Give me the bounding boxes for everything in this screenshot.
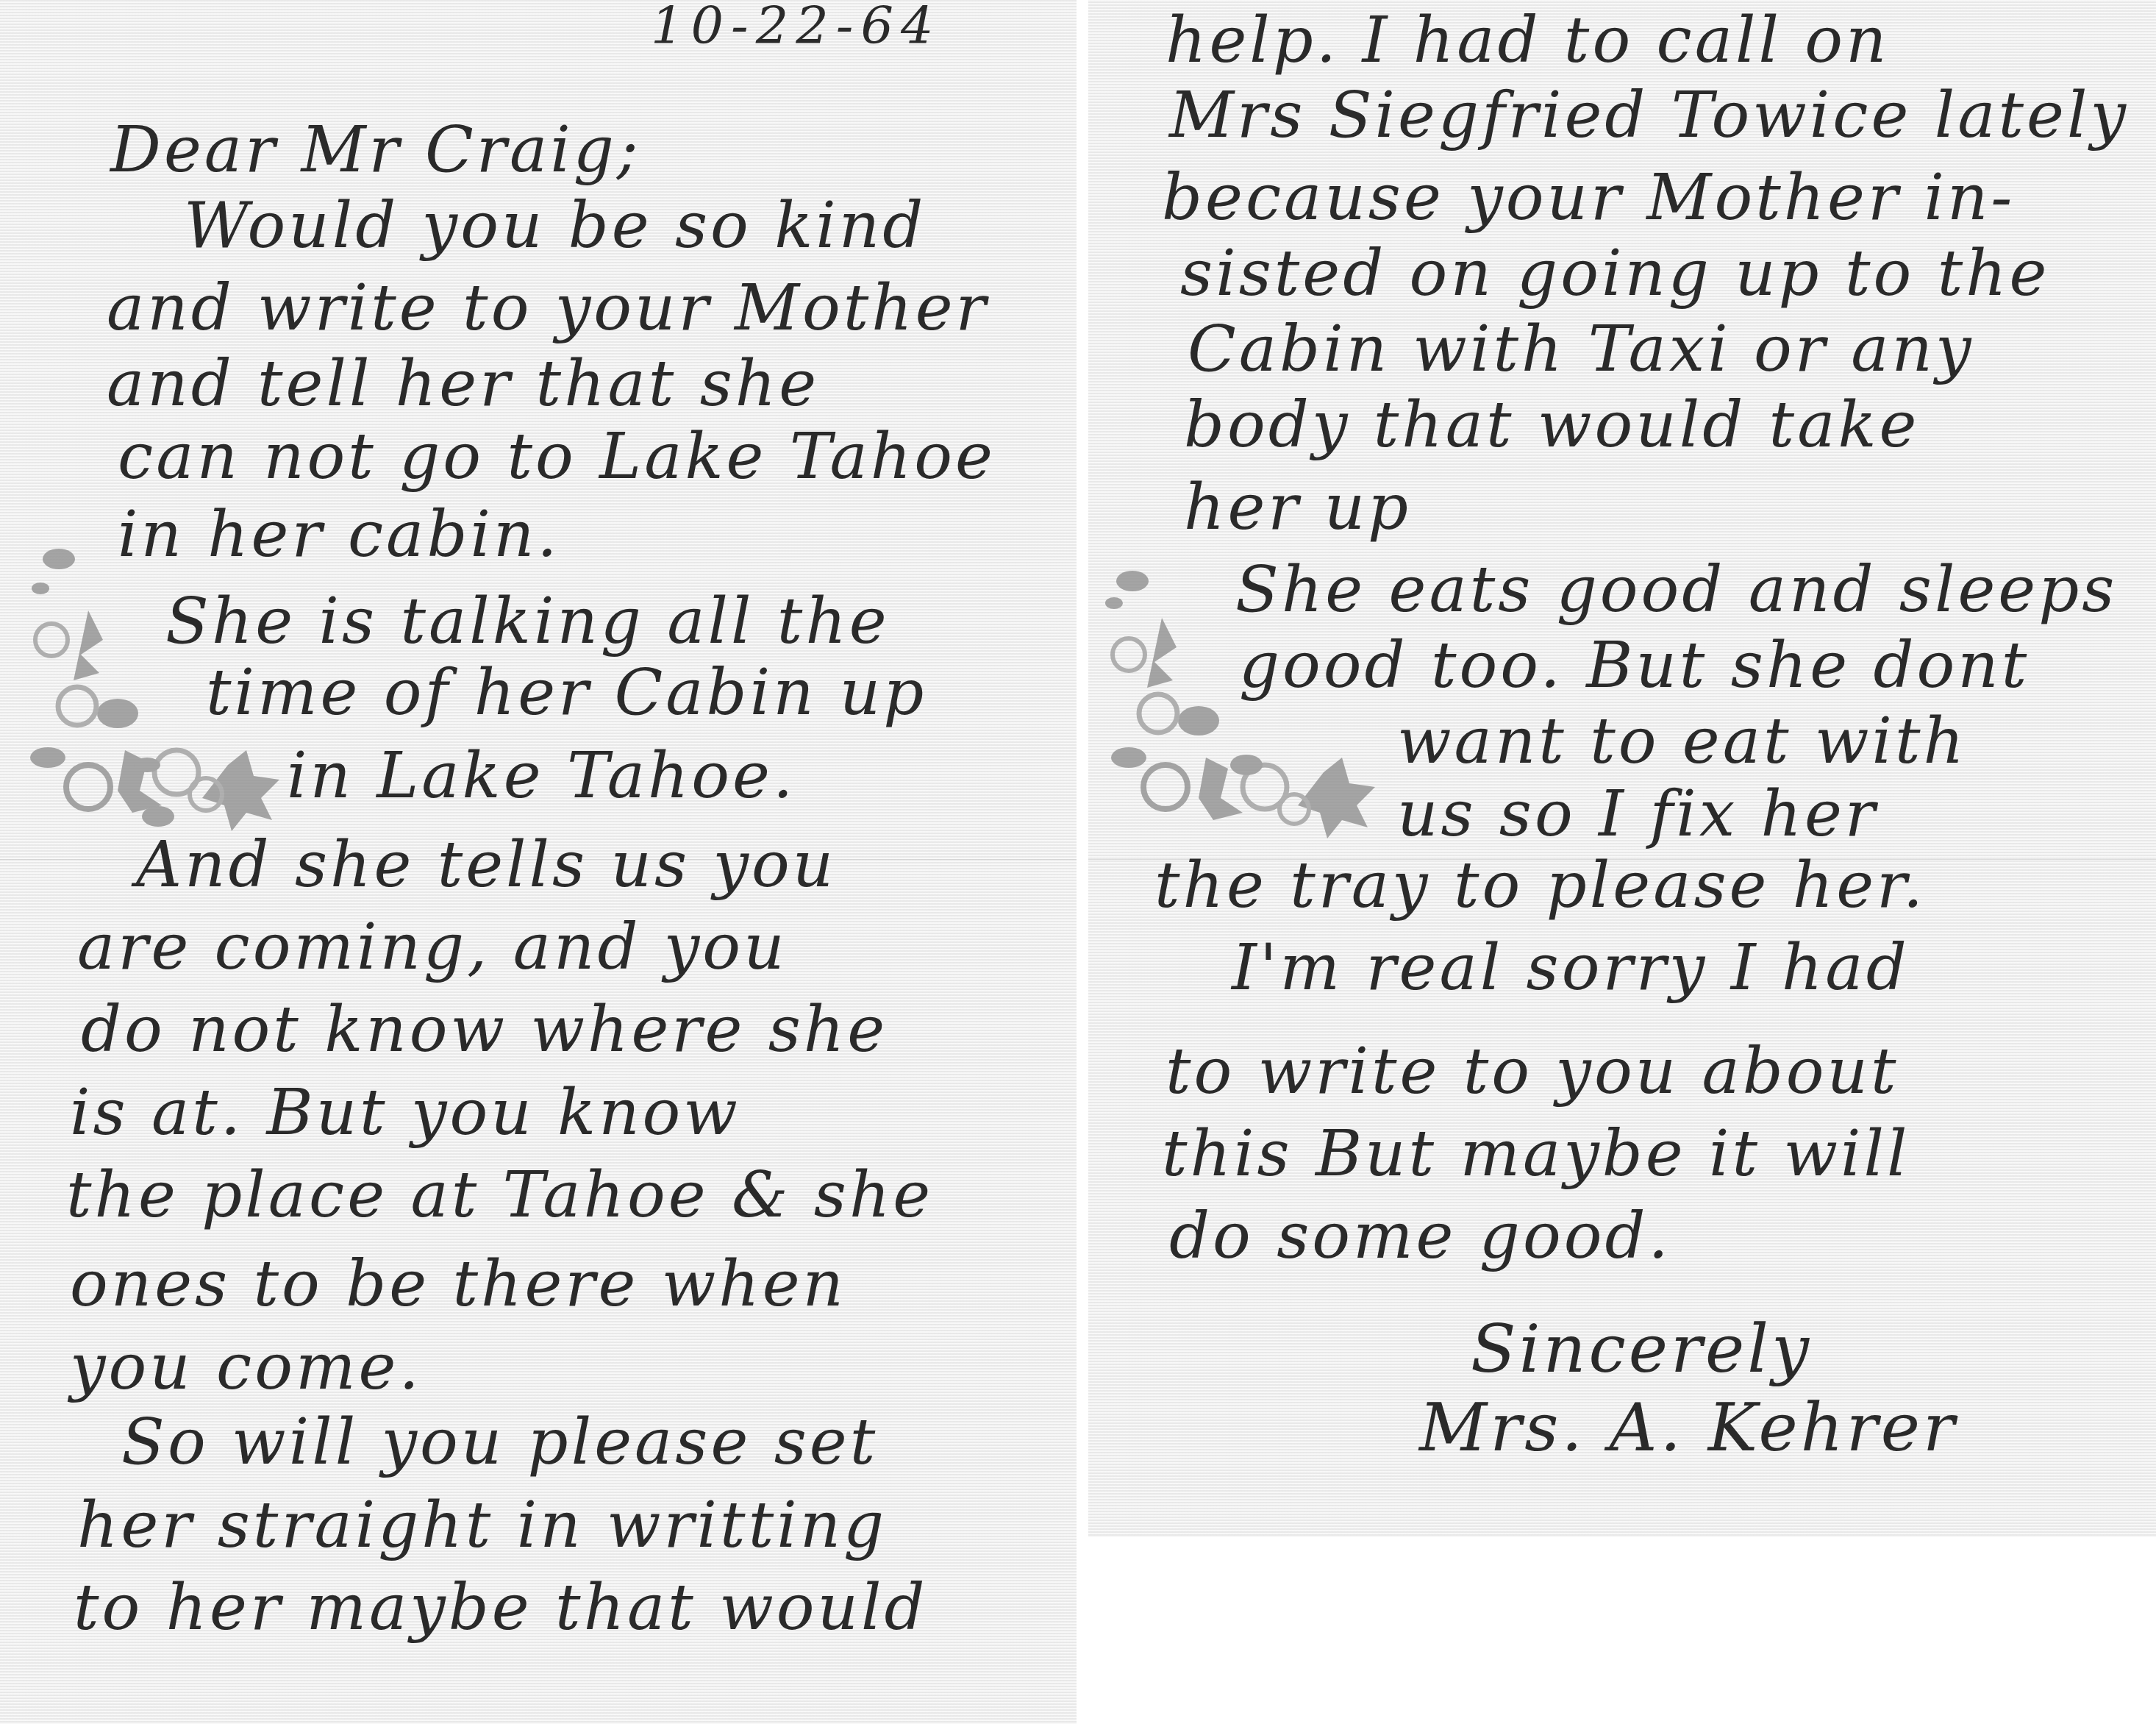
letter-line: in Lake Tahoe. xyxy=(287,739,796,813)
letter-line: and write to your Mother xyxy=(107,271,989,345)
letter-page-right: help. I had to call on Mrs Siegfried Tow… xyxy=(1088,0,2156,1537)
letter-line: you come. xyxy=(70,1331,422,1404)
letter-salutation: Dear Mr Craig; xyxy=(110,113,641,187)
letter-line: are coming, and you xyxy=(77,911,788,984)
letter-line: us so I fix her xyxy=(1397,777,1878,851)
letter-date: 10-22-64 xyxy=(651,0,941,56)
letter-line: help. I had to call on xyxy=(1166,4,1890,77)
letter-line: She eats good and sleeps xyxy=(1235,553,2117,627)
letter-line: her up xyxy=(1184,471,1411,544)
letter-line: this But maybe it will xyxy=(1162,1117,1910,1191)
letter-line: the tray to please her. xyxy=(1154,849,1926,922)
letter-line: the place at Tahoe & she xyxy=(66,1158,933,1232)
letter-line: to her maybe that would xyxy=(74,1571,928,1645)
letter-signature: Mrs. A. Kehrer xyxy=(1419,1389,1957,1467)
letter-line: do some good. xyxy=(1169,1200,1671,1273)
letter-line: I'm real sorry I had xyxy=(1232,931,1910,1005)
letter-line: Mrs Siegfried Towice lately xyxy=(1169,79,2129,152)
letter-line: ones to be there when xyxy=(70,1247,846,1321)
letter-line: body that would take xyxy=(1184,388,1919,462)
letter-page-left: 10-22-64 Dear Mr Craig; Would you be so … xyxy=(0,0,1077,1724)
letter-line: Would you be so kind xyxy=(184,189,926,263)
letter-line: in her cabin. xyxy=(118,498,560,571)
letter-line: to write to you about xyxy=(1166,1035,1899,1108)
letter-closing: Sincerely xyxy=(1471,1311,1812,1388)
letter-line: sisted on going up to the xyxy=(1180,237,2050,310)
letter-line: She is talking all the xyxy=(165,585,890,658)
letter-line: her straight in writting xyxy=(77,1489,887,1562)
letter-line: is at. But you know xyxy=(70,1076,740,1150)
letter-line: can not go to Lake Tahoe xyxy=(118,420,996,494)
letter-line: because your Mother in- xyxy=(1162,161,2015,235)
letter-line: So will you please set xyxy=(121,1406,878,1479)
letter-line: want to eat with xyxy=(1397,705,1967,778)
letter-line: and tell her that she xyxy=(107,347,819,421)
letter-line: Cabin with Taxi or any xyxy=(1188,313,1974,386)
letter-line: do not know where she xyxy=(81,993,888,1066)
letter-line: And she tells us you xyxy=(136,828,836,902)
letter-line: good too. But she dont xyxy=(1239,629,2030,702)
letter-line: time of her Cabin up xyxy=(206,656,927,730)
